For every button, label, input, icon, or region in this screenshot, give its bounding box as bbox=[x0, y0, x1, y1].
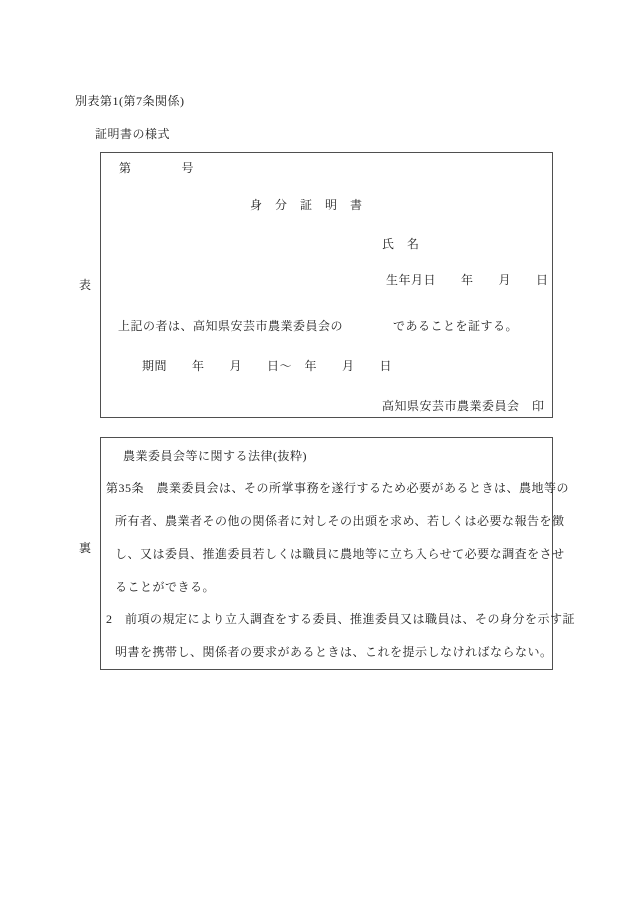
law-article35-para2-line-1: 2 前項の規定により立入調査をする委員、推進委員又は職員は、その身分を示す証 bbox=[106, 611, 575, 627]
law-article35-line-1: 第35条 農業委員会は、その所掌事務を遂行するため必要があるときは、農地等の bbox=[106, 480, 569, 496]
certificate-number-line: 第 号 bbox=[119, 160, 194, 176]
form-caption: 証明書の様式 bbox=[95, 126, 170, 142]
back-side-label: 裏 bbox=[79, 540, 92, 556]
law-excerpt-heading: 農業委員会等に関する法律(抜粋) bbox=[123, 448, 307, 464]
front-side-label: 表 bbox=[79, 277, 92, 293]
validity-period-line: 期間 年 月 日～ 年 月 日 bbox=[142, 358, 392, 374]
document-page: 別表第1(第7条関係) 証明書の様式 表 裏 第 号 身 分 証 明 書 氏 名… bbox=[0, 0, 630, 915]
law-article35-para2-line-2: 明書を携帯し、関係者の要求があるときは、これを提示しなければならない。 bbox=[115, 644, 553, 660]
law-article35-line-4: ることができる。 bbox=[115, 579, 215, 595]
issuer-seal-line: 高知県安芸市農業委員会 印 bbox=[382, 398, 545, 414]
certification-statement: 上記の者は、高知県安芸市農業委員会の であることを証する。 bbox=[118, 318, 518, 334]
law-article35-line-3: し、又は委員、推進委員若しくは職員に農地等に立ち入らせて必要な調査をさせ bbox=[115, 546, 565, 562]
appendix-title: 別表第1(第7条関係) bbox=[75, 93, 185, 109]
name-field-label: 氏 名 bbox=[382, 236, 420, 252]
birthdate-field-line: 生年月日 年 月 日 bbox=[386, 272, 549, 288]
front-certificate-box: 第 号 身 分 証 明 書 氏 名 生年月日 年 月 日 上記の者は、高知県安芸… bbox=[100, 152, 553, 418]
law-article35-line-2: 所有者、農業者その他の関係者に対しその出頭を求め、若しくは必要な報告を徴 bbox=[115, 513, 565, 529]
certificate-title: 身 分 証 明 書 bbox=[250, 197, 363, 213]
back-law-excerpt-box: 農業委員会等に関する法律(抜粋) 第35条 農業委員会は、その所掌事務を遂行する… bbox=[100, 437, 553, 670]
